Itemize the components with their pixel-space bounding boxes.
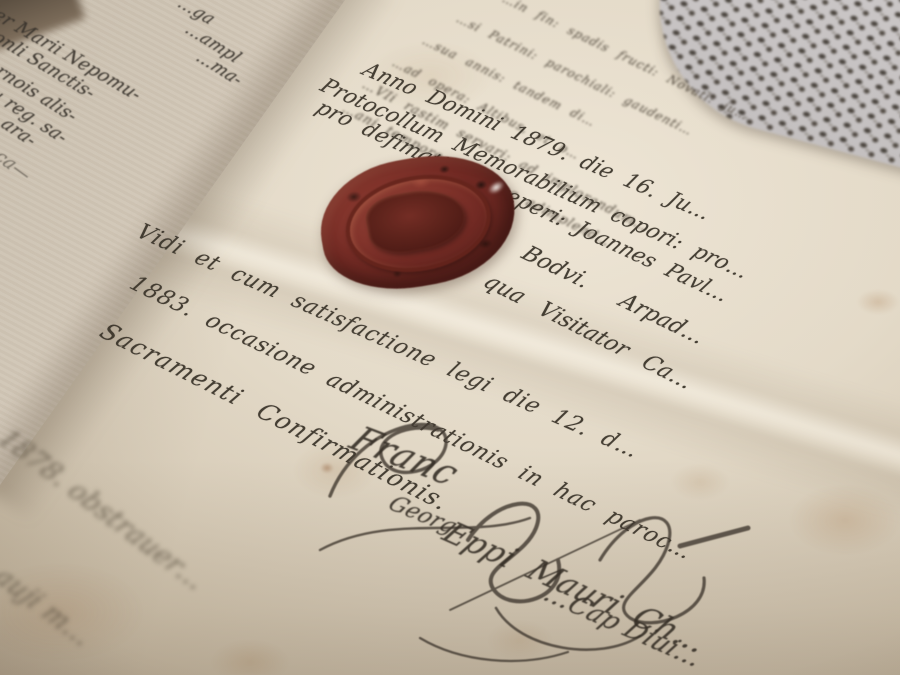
photo-open-manuscript-book: …ga …ampl …ma- …der Marii Nepomu- …onli … [0, 0, 900, 675]
seal-glint [486, 178, 507, 197]
